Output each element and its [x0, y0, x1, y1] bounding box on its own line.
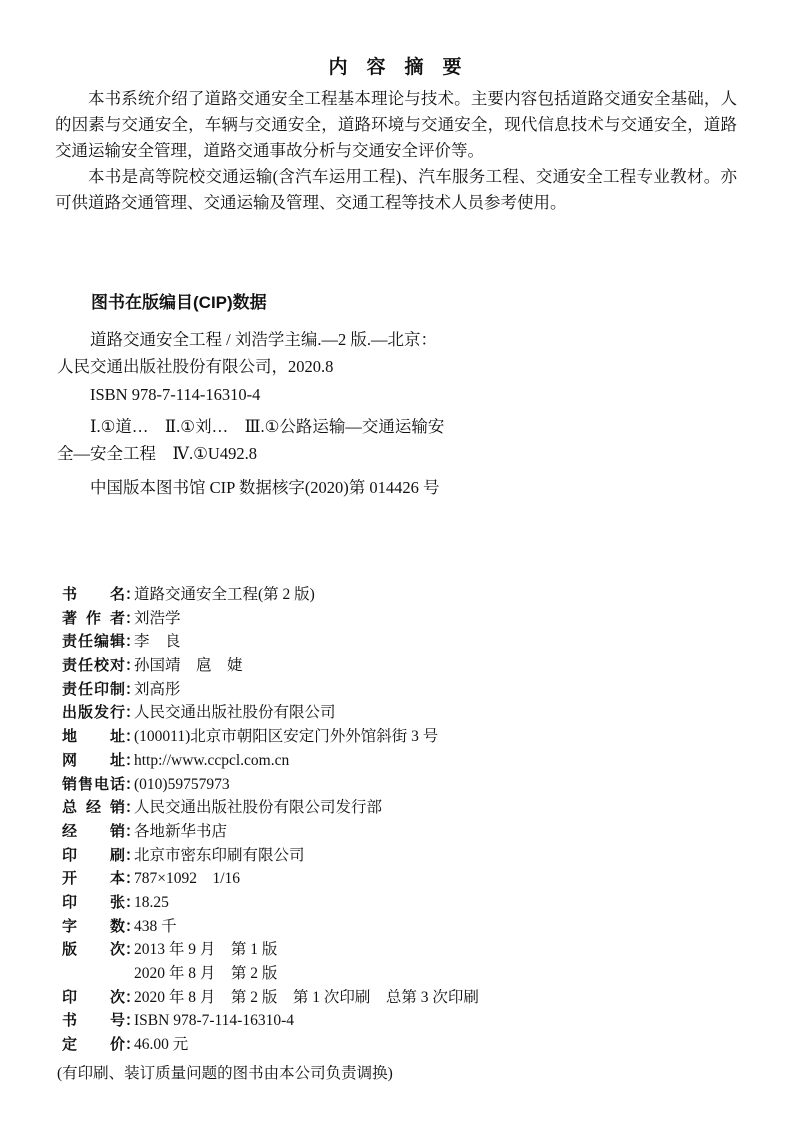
- colophon-row-value: 2020 年 8 月 第 2 版 第 1 次印刷 总第 3 次印刷: [134, 986, 479, 1010]
- colophon-row: 印刷： 北京市密东印刷有限公司: [62, 844, 750, 868]
- colophon-row-value: 人民交通出版社股份有限公司发行部: [134, 796, 382, 820]
- colophon-row-value: 刘高彤: [134, 678, 181, 702]
- colophon-row-value: 2013 年 9 月 第 1 版: [134, 938, 277, 962]
- colophon-row-label: 销售电话: [62, 773, 125, 797]
- colophon-row: 印次： 2020 年 8 月 第 2 版 第 1 次印刷 总第 3 次印刷: [62, 986, 750, 1010]
- colophon-row-label: 责任印制: [62, 678, 125, 702]
- abstract-paragraph-1: 本书系统介绍了道路交通安全工程基本理论与技术。主要内容包括道路交通安全基础，人的…: [55, 86, 737, 164]
- colophon-row-label: 责任校对: [62, 654, 125, 678]
- colophon-row-label: 著作者: [62, 607, 125, 631]
- colophon-row-value: 各地新华书店: [134, 820, 227, 844]
- colophon-row: 定价： 46.00 元: [62, 1033, 750, 1057]
- colophon-row-value: ISBN 978-7-114-16310-4: [134, 1009, 294, 1033]
- colophon-row-value: 刘浩学: [134, 607, 181, 631]
- cip-heading: 图书在版编目(CIP)数据: [91, 288, 735, 313]
- colophon-row-value: 438 千: [134, 915, 177, 939]
- book-copyright-page: 内 容 摘 要 本书系统介绍了道路交通安全工程基本理论与技术。主要内容包括道路交…: [0, 0, 790, 1135]
- cip-classification-line2: 全—安全工程 Ⅳ.①U492.8: [57, 440, 735, 467]
- colophon-row-label: 开本: [62, 867, 125, 891]
- colophon-row: 2020 年 8 月 第 2 版: [62, 962, 750, 986]
- abstract-title: 内 容 摘 要: [0, 52, 790, 79]
- colophon-row: 书名： 道路交通安全工程(第 2 版): [62, 583, 750, 607]
- colophon-row: 开本： 787×1092 1/16: [62, 867, 750, 891]
- colophon-row-value: 787×1092 1/16: [134, 867, 240, 891]
- colophon-row-label: 印次: [62, 986, 125, 1010]
- colophon-row: 网址： http://www.ccpcl.com.cn: [62, 749, 750, 773]
- colophon-row-label: 出版发行: [62, 701, 125, 725]
- colophon-row: 责任校对： 孙国靖 扈 婕: [62, 654, 750, 678]
- colophon-row-label: 责任编辑: [62, 630, 125, 654]
- colophon-row-label: 网址: [62, 749, 125, 773]
- colophon-row: 地址： (100011)北京市朝阳区安定门外外馆斜街 3 号: [62, 725, 750, 749]
- colophon-row-label: 书名: [62, 583, 125, 607]
- colophon-row: 经销： 各地新华书店: [62, 820, 750, 844]
- abstract-paragraph-2: 本书是高等院校交通运输(含汽车运用工程)、汽车服务工程、交通安全工程专业教材。亦…: [55, 164, 737, 216]
- colophon-row: 总经销： 人民交通出版社股份有限公司发行部: [62, 796, 750, 820]
- colophon-row: 销售电话： (010)59757973: [62, 773, 750, 797]
- colophon-row-value: http://www.ccpcl.com.cn: [134, 749, 289, 773]
- colophon-rows: 书名： 道路交通安全工程(第 2 版) 著作者： 刘浩学 责任编辑： 李 良 责…: [62, 583, 750, 1057]
- colophon-row-label: 经销: [62, 820, 125, 844]
- cip-title-line: 道路交通安全工程 / 刘浩学主编.—2 版.—北京：: [57, 326, 735, 353]
- colophon-row-label: 总经销: [62, 796, 125, 820]
- colophon-row: 印张： 18.25: [62, 891, 750, 915]
- colophon-row-value: 2020 年 8 月 第 2 版: [134, 962, 277, 986]
- colophon-row-value: 46.00 元: [134, 1033, 188, 1057]
- colophon-row: 著作者： 刘浩学: [62, 607, 750, 631]
- colophon-row-label: 定价: [62, 1033, 125, 1057]
- colophon: 书名： 道路交通安全工程(第 2 版) 著作者： 刘浩学 责任编辑： 李 良 责…: [62, 583, 750, 1085]
- cip-block: 图书在版编目(CIP)数据 道路交通安全工程 / 刘浩学主编.—2 版.—北京：…: [57, 288, 735, 501]
- colophon-row: 出版发行： 人民交通出版社股份有限公司: [62, 701, 750, 725]
- colophon-row-value: 18.25: [134, 891, 169, 915]
- colophon-row: 版次： 2013 年 9 月 第 1 版: [62, 938, 750, 962]
- colophon-row-label: 印刷: [62, 844, 125, 868]
- colophon-row-value: 道路交通安全工程(第 2 版): [134, 583, 315, 607]
- colophon-row: 责任印制： 刘高彤: [62, 678, 750, 702]
- abstract-body: 本书系统介绍了道路交通安全工程基本理论与技术。主要内容包括道路交通安全基础，人的…: [55, 86, 737, 216]
- colophon-row-value: 李 良: [134, 630, 181, 654]
- colophon-row-label: 字数: [62, 915, 125, 939]
- colophon-row-label: 印张: [62, 891, 125, 915]
- colophon-row-label: 地址: [62, 725, 125, 749]
- colophon-row-value: (100011)北京市朝阳区安定门外外馆斜街 3 号: [134, 725, 438, 749]
- exchange-note: (有印刷、装订质量问题的图书由本公司负责调换): [57, 1062, 750, 1085]
- colophon-row: 责任编辑： 李 良: [62, 630, 750, 654]
- colophon-row: 书号： ISBN 978-7-114-16310-4: [62, 1009, 750, 1033]
- cip-classification-line1: Ⅰ.①道… Ⅱ.①刘… Ⅲ.①公路运输—交通运输安: [57, 413, 735, 440]
- colophon-row-value: (010)59757973: [134, 773, 230, 797]
- colophon-row-value: 北京市密东印刷有限公司: [134, 844, 305, 868]
- colophon-row-label: 书号: [62, 1009, 125, 1033]
- colophon-row: 字数： 438 千: [62, 915, 750, 939]
- cip-publisher-line: 人民交通出版社股份有限公司，2020.8: [57, 353, 735, 380]
- cip-isbn: ISBN 978-7-114-16310-4: [57, 381, 735, 408]
- colophon-row-value: 孙国靖 扈 婕: [134, 654, 243, 678]
- colophon-row-label: 版次: [62, 938, 125, 962]
- cip-record-number: 中国版本图书馆 CIP 数据核字(2020)第 014426 号: [57, 474, 735, 501]
- colophon-row-value: 人民交通出版社股份有限公司: [134, 701, 336, 725]
